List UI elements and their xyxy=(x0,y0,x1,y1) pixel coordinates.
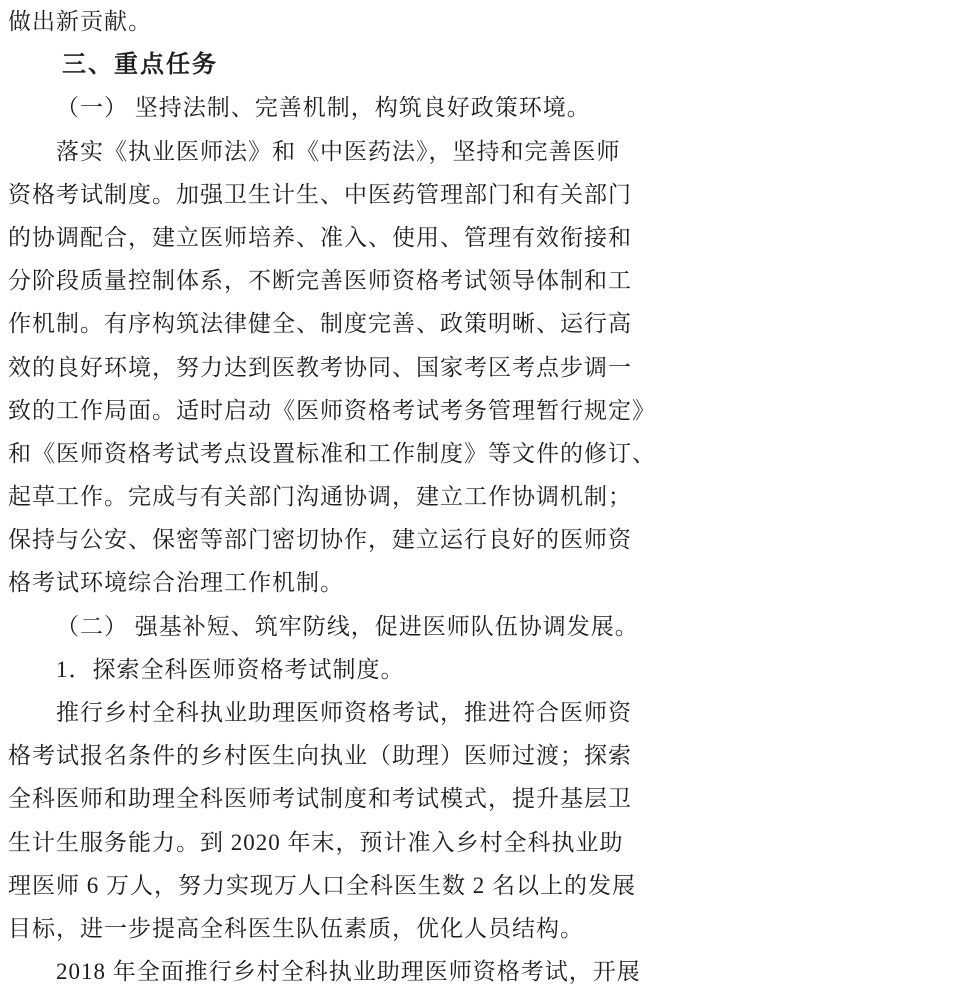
subsection-heading-1: （一） 坚持法制、完善机制，构筑良好政策环境。 xyxy=(8,86,708,129)
body-text-line: 格考试报名条件的乡村医生向执业（助理）医师过渡；探索 xyxy=(8,734,708,777)
body-text-line: 保持与公安、保密等部门密切协作，建立运行良好的医师资 xyxy=(8,518,708,561)
body-text-line: 和《医师资格考试考点设置标准和工作制度》等文件的修订、 xyxy=(8,432,708,475)
body-text-line: 理医师 6 万人，努力实现万人口全科医生数 2 名以上的发展 xyxy=(8,864,708,907)
body-text-line: 2018 年全面推行乡村全科执业助理医师资格考试，开展 xyxy=(8,950,708,993)
body-text-line: 效的良好环境，努力达到医教考协同、国家考区考点步调一 xyxy=(8,346,708,389)
text-column: 做出新贡献。 三、重点任务 （一） 坚持法制、完善机制，构筑良好政策环境。 落实… xyxy=(8,0,708,993)
body-text-line: 目标，进一步提高全科医生队伍素质，优化人员结构。 xyxy=(8,907,708,950)
document-page: 做出新贡献。 三、重点任务 （一） 坚持法制、完善机制，构筑良好政策环境。 落实… xyxy=(0,0,960,993)
body-text-line: 作机制。有序构筑法律健全、制度完善、政策明晰、运行高 xyxy=(8,302,708,345)
body-text-line: 落实《执业医师法》和《中医药法》，坚持和完善医师 xyxy=(8,130,708,173)
body-text-line: 资格考试制度。加强卫生计生、中医药管理部门和有关部门 xyxy=(8,173,708,216)
section-heading: 三、重点任务 xyxy=(8,43,708,86)
subsection-heading-2: （二） 强基补短、筑牢防线，促进医师队伍协调发展。 xyxy=(8,605,708,648)
body-text-line: 起草工作。完成与有关部门沟通协调，建立工作协调机制； xyxy=(8,475,708,518)
body-text-line: 的协调配合，建立医师培养、准入、使用、管理有效衔接和 xyxy=(8,216,708,259)
body-text-line: 格考试环境综合治理工作机制。 xyxy=(8,561,708,604)
body-text-line: 全科医师和助理全科医师考试制度和考试模式，提升基层卫 xyxy=(8,777,708,820)
paragraph-continuation-line: 做出新贡献。 xyxy=(8,0,708,43)
numbered-item-heading: 1．探索全科医师资格考试制度。 xyxy=(8,648,708,691)
body-text-line: 生计生服务能力。到 2020 年末，预计准入乡村全科执业助 xyxy=(8,821,708,864)
body-text-line: 推行乡村全科执业助理医师资格考试，推进符合医师资 xyxy=(8,691,708,734)
body-text-line: 分阶段质量控制体系，不断完善医师资格考试领导体制和工 xyxy=(8,259,708,302)
body-text-line: 致的工作局面。适时启动《医师资格考试考务管理暂行规定》 xyxy=(8,389,708,432)
